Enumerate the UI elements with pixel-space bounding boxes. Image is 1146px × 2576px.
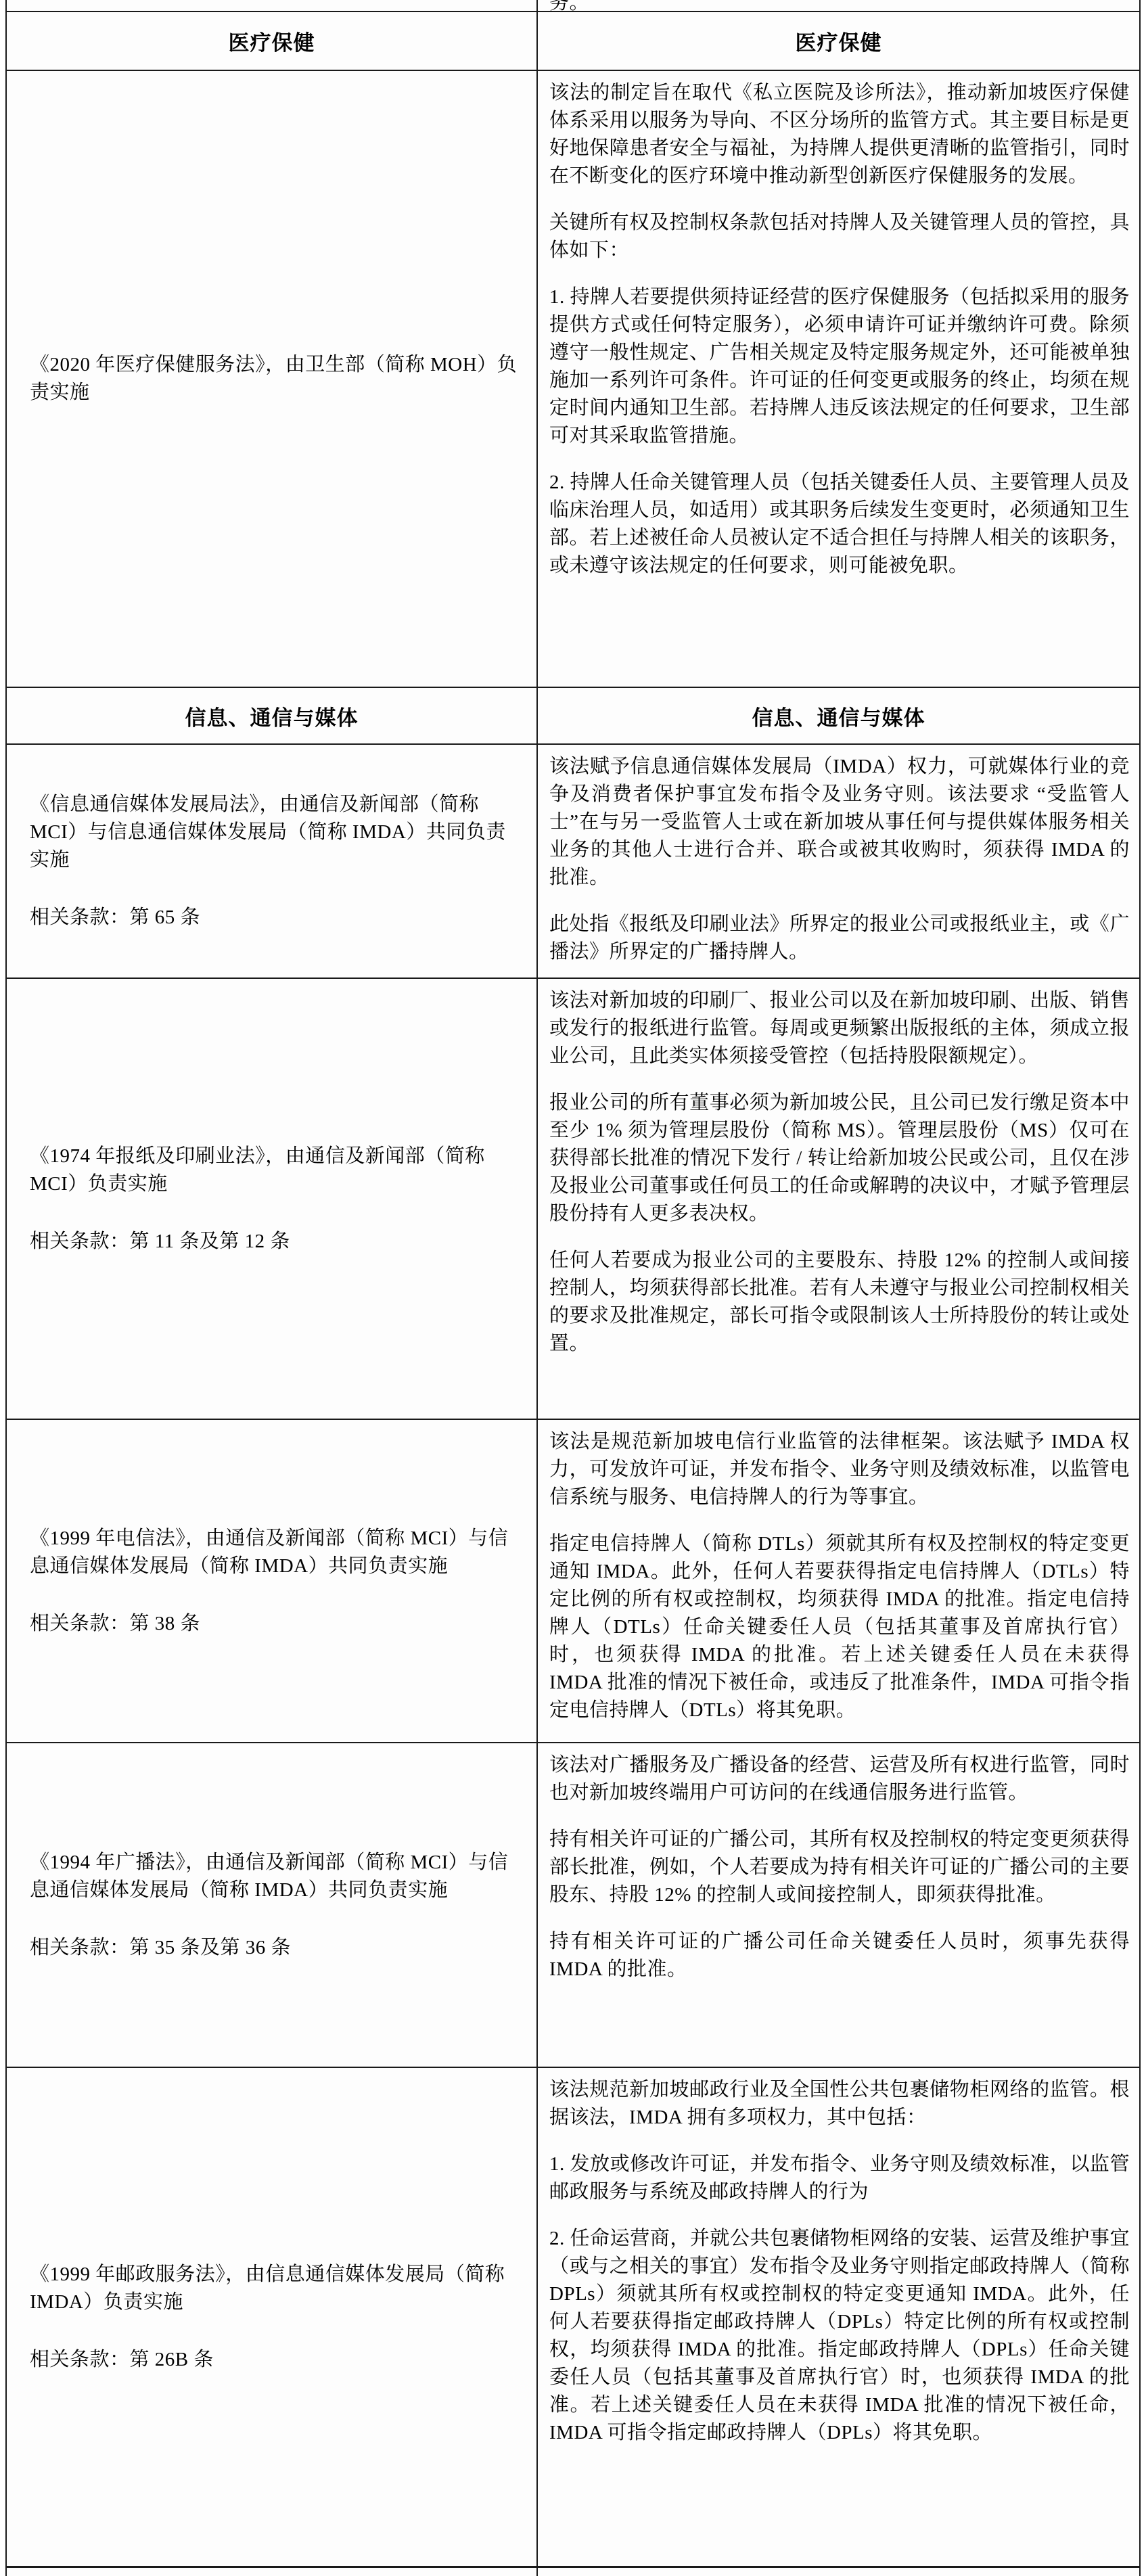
- table-row-bottom-partial: [7, 2568, 1139, 2576]
- law-paragraph: 持有相关许可证的广播公司任命关键委任人员时，须事先获得 IMDA 的批准。: [549, 1928, 1130, 1983]
- law-detail-cell: 该法规范新加坡邮政行业及全国性公共包裹储物柜网络的监管。根据该法，IMDA 拥有…: [536, 2068, 1139, 2566]
- law-paragraph: 2. 持牌人任命关键管理人员（包括关键委任人员、主要管理人员及临床治理人员，如适…: [549, 469, 1130, 580]
- law-paragraph: 该法的制定旨在取代《私立医院及诊所法》，推动新加坡医疗保健体系采用以服务为导向、…: [549, 79, 1130, 190]
- law-paragraph: 2. 任命运营商，并就公共包裹储物柜网络的安装、运营及维护事宜（或与之相关的事宜…: [549, 2225, 1130, 2447]
- law-paragraph: 关键所有权及控制权条款包括对持牌人及关键管理人员的管控，具体如下：: [549, 209, 1130, 264]
- law-name-cell: 《2020 年医疗保健服务法》，由卫生部（简称 MOH）负责实施: [7, 71, 536, 687]
- law-name-cell: 《1994 年广播法》，由通信及新闻部（简称 MCI）与信息通信媒体发展局（简称…: [7, 1743, 536, 2067]
- law-name-cell: 《1999 年电信法》，由通信及新闻部（简称 MCI）与信息通信媒体发展局（简称…: [7, 1420, 536, 1742]
- law-paragraph: 该法对新加坡的印刷厂、报业公司以及在新加坡印刷、出版、销售或发行的报纸进行监管。…: [549, 987, 1130, 1070]
- section-header-icm-left: 信息、通信与媒体: [7, 688, 536, 743]
- law-detail-cell: 该法的制定旨在取代《私立医院及诊所法》，推动新加坡医疗保健体系采用以服务为导向、…: [536, 71, 1139, 687]
- law-articles: 相关条款：第 65 条: [30, 904, 524, 931]
- law-name-cell: 《信息通信媒体发展局法》，由通信及新闻部（简称 MCI）与信息通信媒体发展局（简…: [7, 745, 536, 977]
- table-row-telecom: 《1999 年电信法》，由通信及新闻部（简称 MCI）与信息通信媒体发展局（简称…: [7, 1420, 1139, 1743]
- law-name: 《2020 年医疗保健服务法》，由卫生部（简称 MOH）负责实施: [30, 351, 524, 407]
- law-detail-cell: 该法对新加坡的印刷厂、报业公司以及在新加坡印刷、出版、销售或发行的报纸进行监管。…: [536, 979, 1139, 1419]
- law-articles: 相关条款：第 38 条: [30, 1610, 524, 1638]
- law-paragraph: 该法赋予信息通信媒体发展局（IMDA）权力，可就媒体行业的竞争及消费者保护事宜发…: [549, 753, 1130, 892]
- law-detail-cell: 该法对广播服务及广播设备的经营、运营及所有权进行监管，同时也对新加坡终端用户可访…: [536, 1743, 1139, 2067]
- bottom-partial-right-cell: [536, 2568, 1139, 2576]
- law-paragraph: 1. 发放或修改许可证，并发布指令、业务守则及绩效标准，以监管邮政服务与系统及邮…: [549, 2150, 1130, 2206]
- section-header-row-icm: 信息、通信与媒体 信息、通信与媒体: [7, 688, 1139, 745]
- law-name: 《1999 年电信法》，由通信及新闻部（简称 MCI）与信息通信媒体发展局（简称…: [30, 1525, 524, 1580]
- law-detail-cell: 该法是规范新加坡电信行业监管的法律框架。该法赋予 IMDA 权力，可发放许可证，…: [536, 1420, 1139, 1742]
- law-paragraph: 指定电信持牌人（简称 DTLs）须就其所有权及控制权的特定变更通知 IMDA。此…: [549, 1530, 1130, 1724]
- law-name-cell: 《1999 年邮政服务法》，由信息通信媒体发展局（简称 IMDA）负责实施 相关…: [7, 2068, 536, 2566]
- clipped-text-tail: 务。: [549, 0, 589, 10]
- law-detail-cell: 该法赋予信息通信媒体发展局（IMDA）权力，可就媒体行业的竞争及消费者保护事宜发…: [536, 745, 1139, 977]
- table-row-postal: 《1999 年邮政服务法》，由信息通信媒体发展局（简称 IMDA）负责实施 相关…: [7, 2068, 1139, 2568]
- table-row-imda-act: 《信息通信媒体发展局法》，由通信及新闻部（简称 MCI）与信息通信媒体发展局（简…: [7, 745, 1139, 979]
- law-name: 《1994 年广播法》，由通信及新闻部（简称 MCI）与信息通信媒体发展局（简称…: [30, 1849, 524, 1904]
- section-header-healthcare-left: 医疗保健: [7, 12, 536, 70]
- law-articles: 相关条款：第 26B 条: [30, 2346, 524, 2374]
- section-header-icm-right: 信息、通信与媒体: [536, 688, 1139, 743]
- law-paragraph: 该法对广播服务及广播设备的经营、运营及所有权进行监管，同时也对新加坡终端用户可访…: [549, 1751, 1130, 1807]
- law-name: 《1974 年报纸及印刷业法》，由通信及新闻部（简称 MCI）负责实施: [30, 1143, 524, 1198]
- law-name: 《信息通信媒体发展局法》，由通信及新闻部（简称 MCI）与信息通信媒体发展局（简…: [30, 791, 524, 874]
- table-row-broadcast: 《1994 年广播法》，由通信及新闻部（简称 MCI）与信息通信媒体发展局（简称…: [7, 1743, 1139, 2068]
- bottom-partial-left-cell: [7, 2568, 536, 2576]
- law-paragraph: 持有相关许可证的广播公司，其所有权及控制权的特定变更须获得部长批准，例如，个人若…: [549, 1826, 1130, 1909]
- section-header-healthcare-right: 医疗保健: [536, 12, 1139, 70]
- law-articles: 相关条款：第 35 条及第 36 条: [30, 1934, 524, 1962]
- table-row-top-partial: 务。: [7, 0, 1139, 12]
- law-paragraph: 任何人若要成为报业公司的主要股东、持股 12% 的控制人或间接控制人，均须获得部…: [549, 1247, 1130, 1358]
- regulation-table: 务。 医疗保健 医疗保健 《2020 年医疗保健服务法》，由卫生部（简称 MOH…: [5, 0, 1141, 2576]
- law-name: 《1999 年邮政服务法》，由信息通信媒体发展局（简称 IMDA）负责实施: [30, 2261, 524, 2316]
- law-paragraph: 此处指《报纸及印刷业法》所界定的报业公司或报纸业主，或《广播法》所界定的广播持牌…: [549, 911, 1130, 966]
- law-name-cell: 《1974 年报纸及印刷业法》，由通信及新闻部（简称 MCI）负责实施 相关条款…: [7, 979, 536, 1419]
- table-row-hcsa: 《2020 年医疗保健服务法》，由卫生部（简称 MOH）负责实施 该法的制定旨在…: [7, 71, 1139, 688]
- law-paragraph: 该法规范新加坡邮政行业及全国性公共包裹储物柜网络的监管。根据该法，IMDA 拥有…: [549, 2076, 1130, 2132]
- law-articles: 相关条款：第 11 条及第 12 条: [30, 1228, 524, 1256]
- top-partial-left-cell: [7, 0, 536, 11]
- table-row-nppa: 《1974 年报纸及印刷业法》，由通信及新闻部（简称 MCI）负责实施 相关条款…: [7, 979, 1139, 1420]
- law-paragraph: 该法是规范新加坡电信行业监管的法律框架。该法赋予 IMDA 权力，可发放许可证，…: [549, 1428, 1130, 1511]
- law-paragraph: 1. 持牌人若要提供须持证经营的医疗保健服务（包括拟采用的服务提供方式或任何特定…: [549, 283, 1130, 450]
- law-paragraph: 报业公司的所有董事必须为新加坡公民，且公司已发行缴足资本中至少 1% 须为管理层…: [549, 1089, 1130, 1228]
- top-partial-right-cell: 务。: [536, 0, 1139, 11]
- section-header-row-healthcare: 医疗保健 医疗保健: [7, 12, 1139, 71]
